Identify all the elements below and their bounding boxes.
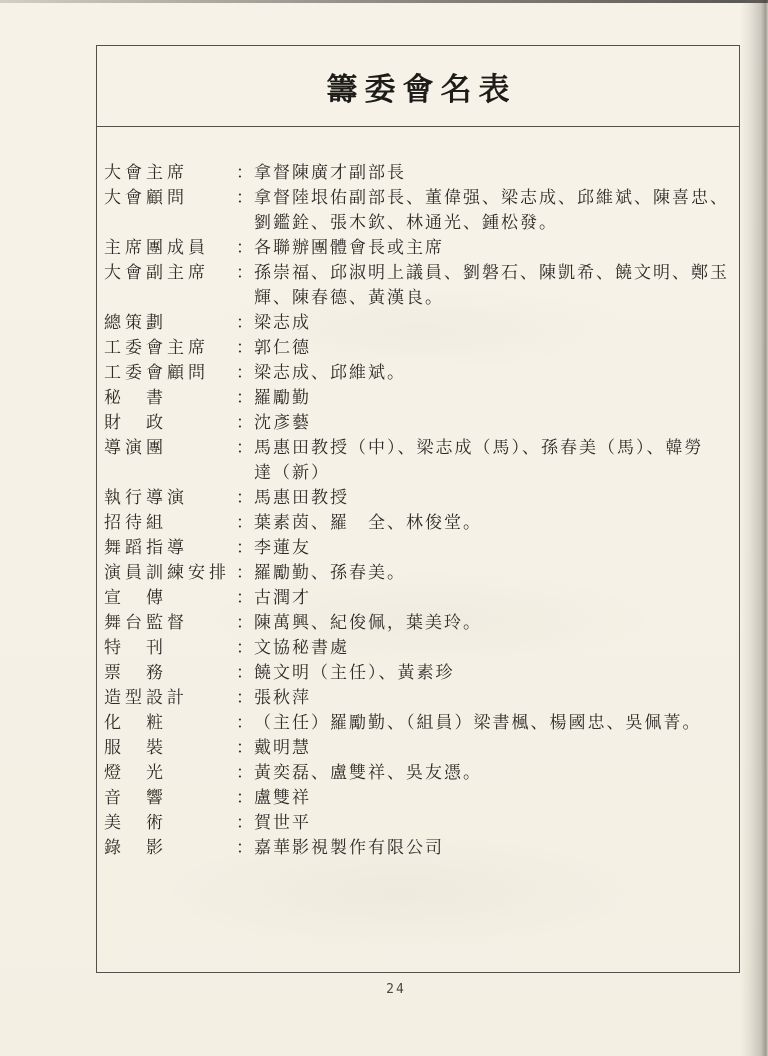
committee-row: 執行導演 ： 馬惠田教授 xyxy=(104,485,729,510)
committee-box: 籌委會名表 大會主席 ： 拿督陳廣才副部長 大會顧問 ： 拿督陸垠佑副部長、董偉… xyxy=(96,45,740,973)
member-names: 葉素茵、羅 全、林俊堂。 xyxy=(254,510,729,535)
member-names: 沈彥藝 xyxy=(254,410,729,435)
colon-separator: ： xyxy=(236,760,254,785)
committee-row: 造型設計 ： 張秋萍 xyxy=(104,685,729,710)
committee-row: 導演團 ： 馬惠田教授（中）、梁志成（馬）、孫春美（馬）、韓勞 達（新） xyxy=(104,435,729,485)
member-names: 李蓮友 xyxy=(254,535,729,560)
member-names: 賀世平 xyxy=(254,810,729,835)
page-title: 籌委會名表 xyxy=(320,64,517,109)
member-names: 嘉華影視製作有限公司 xyxy=(254,835,729,860)
member-names: 古潤才 xyxy=(254,585,729,610)
member-names: 孫崇福、邱淑明上議員、劉磐石、陳凱希、饒文明、鄭玉 輝、陳春德、黃漢良。 xyxy=(254,260,729,310)
page-number: 24 xyxy=(96,982,696,997)
role-label: 導演團 xyxy=(104,435,236,460)
colon-separator: ： xyxy=(236,635,254,660)
colon-separator: ： xyxy=(236,585,254,610)
member-names: 梁志成 xyxy=(254,310,729,335)
colon-separator: ： xyxy=(236,735,254,760)
scanned-page: 籌委會名表 大會主席 ： 拿督陳廣才副部長 大會顧問 ： 拿督陸垠佑副部長、董偉… xyxy=(0,0,768,1056)
colon-separator: ： xyxy=(236,185,254,210)
colon-separator: ： xyxy=(236,260,254,285)
role-label: 服 裝 xyxy=(104,735,236,760)
role-label: 舞台監督 xyxy=(104,610,236,635)
member-names: 張秋萍 xyxy=(254,685,729,710)
role-label: 大會副主席 xyxy=(104,260,236,285)
colon-separator: ： xyxy=(236,435,254,460)
colon-separator: ： xyxy=(236,335,254,360)
colon-separator: ： xyxy=(236,835,254,860)
committee-row: 招待組 ： 葉素茵、羅 全、林俊堂。 xyxy=(104,510,729,535)
role-label: 大會主席 xyxy=(104,160,236,185)
colon-separator: ： xyxy=(236,685,254,710)
colon-separator: ： xyxy=(236,235,254,260)
committee-row: 主席團成員 ： 各聯辦團體會長或主席 xyxy=(104,235,729,260)
role-label: 大會顧問 xyxy=(104,185,236,210)
committee-row: 音 響 ： 盧雙祥 xyxy=(104,785,729,810)
colon-separator: ： xyxy=(236,535,254,560)
committee-row: 宣 傳 ： 古潤才 xyxy=(104,585,729,610)
role-label: 宣 傳 xyxy=(104,585,236,610)
member-names: 各聯辦團體會長或主席 xyxy=(254,235,729,260)
member-names: 馬惠田教授（中）、梁志成（馬）、孫春美（馬）、韓勞 達（新） xyxy=(254,435,729,485)
role-label: 錄 影 xyxy=(104,835,236,860)
colon-separator: ： xyxy=(236,510,254,535)
committee-row: 大會主席 ： 拿督陳廣才副部長 xyxy=(104,160,729,185)
role-label: 工委會主席 xyxy=(104,335,236,360)
committee-row: 服 裝 ： 戴明慧 xyxy=(104,735,729,760)
member-names: 饒文明（主任）、黃素珍 xyxy=(254,660,729,685)
scan-right-shadow xyxy=(740,0,768,1056)
member-names: （主任）羅勵勤、（組員）梁書楓、楊國忠、吳佩菁。 xyxy=(254,710,729,735)
committee-list: 大會主席 ： 拿督陳廣才副部長 大會顧問 ： 拿督陸垠佑副部長、董偉强、梁志成、… xyxy=(97,127,739,860)
colon-separator: ： xyxy=(236,560,254,585)
role-label: 燈 光 xyxy=(104,760,236,785)
role-label: 工委會顧問 xyxy=(104,360,236,385)
committee-row: 工委會主席 ： 郭仁德 xyxy=(104,335,729,360)
role-label: 主席團成員 xyxy=(104,235,236,260)
role-label: 執行導演 xyxy=(104,485,236,510)
colon-separator: ： xyxy=(236,810,254,835)
committee-row: 美 術 ： 賀世平 xyxy=(104,810,729,835)
member-names: 羅勵勤 xyxy=(254,385,729,410)
colon-separator: ： xyxy=(236,485,254,510)
role-label: 總策劃 xyxy=(104,310,236,335)
committee-row: 舞蹈指導 ： 李蓮友 xyxy=(104,535,729,560)
committee-row: 特 刊 ： 文協秘書處 xyxy=(104,635,729,660)
colon-separator: ： xyxy=(236,160,254,185)
colon-separator: ： xyxy=(236,385,254,410)
role-label: 化 粧 xyxy=(104,710,236,735)
committee-row: 票 務 ： 饒文明（主任）、黃素珍 xyxy=(104,660,729,685)
role-label: 票 務 xyxy=(104,660,236,685)
committee-row: 總策劃 ： 梁志成 xyxy=(104,310,729,335)
committee-row: 財 政 ： 沈彥藝 xyxy=(104,410,729,435)
scan-top-edge xyxy=(0,0,768,3)
colon-separator: ： xyxy=(236,660,254,685)
committee-row: 錄 影 ： 嘉華影視製作有限公司 xyxy=(104,835,729,860)
colon-separator: ： xyxy=(236,410,254,435)
member-names: 拿督陳廣才副部長 xyxy=(254,160,729,185)
committee-row: 演員訓練安排 ： 羅勵勤、孫春美。 xyxy=(104,560,729,585)
committee-row: 大會顧問 ： 拿督陸垠佑副部長、董偉强、梁志成、邱維斌、陳喜忠、 劉鑑銓、張木欽… xyxy=(104,185,729,235)
colon-separator: ： xyxy=(236,610,254,635)
committee-row: 秘 書 ： 羅勵勤 xyxy=(104,385,729,410)
role-label: 特 刊 xyxy=(104,635,236,660)
committee-row: 舞台監督 ： 陳萬興、紀俊佩，葉美玲。 xyxy=(104,610,729,635)
committee-row: 化 粧 ： （主任）羅勵勤、（組員）梁書楓、楊國忠、吳佩菁。 xyxy=(104,710,729,735)
colon-separator: ： xyxy=(236,710,254,735)
colon-separator: ： xyxy=(236,785,254,810)
role-label: 造型設計 xyxy=(104,685,236,710)
role-label: 舞蹈指導 xyxy=(104,535,236,560)
title-band: 籌委會名表 xyxy=(97,46,739,127)
committee-row: 燈 光 ： 黃奕磊、盧雙祥、吳友憑。 xyxy=(104,760,729,785)
member-names: 盧雙祥 xyxy=(254,785,729,810)
role-label: 演員訓練安排 xyxy=(104,560,236,585)
member-names: 黃奕磊、盧雙祥、吳友憑。 xyxy=(254,760,729,785)
committee-row: 大會副主席 ： 孫崇福、邱淑明上議員、劉磐石、陳凱希、饒文明、鄭玉 輝、陳春德、… xyxy=(104,260,729,310)
role-label: 音 響 xyxy=(104,785,236,810)
member-names: 梁志成、邱維斌。 xyxy=(254,360,729,385)
role-label: 財 政 xyxy=(104,410,236,435)
committee-row: 工委會顧問 ： 梁志成、邱維斌。 xyxy=(104,360,729,385)
member-names: 戴明慧 xyxy=(254,735,729,760)
member-names: 拿督陸垠佑副部長、董偉强、梁志成、邱維斌、陳喜忠、 劉鑑銓、張木欽、林通光、鍾松… xyxy=(254,185,729,235)
role-label: 美 術 xyxy=(104,810,236,835)
colon-separator: ： xyxy=(236,360,254,385)
role-label: 秘 書 xyxy=(104,385,236,410)
role-label: 招待組 xyxy=(104,510,236,535)
member-names: 郭仁德 xyxy=(254,335,729,360)
member-names: 陳萬興、紀俊佩，葉美玲。 xyxy=(254,610,729,635)
member-names: 羅勵勤、孫春美。 xyxy=(254,560,729,585)
member-names: 馬惠田教授 xyxy=(254,485,729,510)
member-names: 文協秘書處 xyxy=(254,635,729,660)
colon-separator: ： xyxy=(236,310,254,335)
